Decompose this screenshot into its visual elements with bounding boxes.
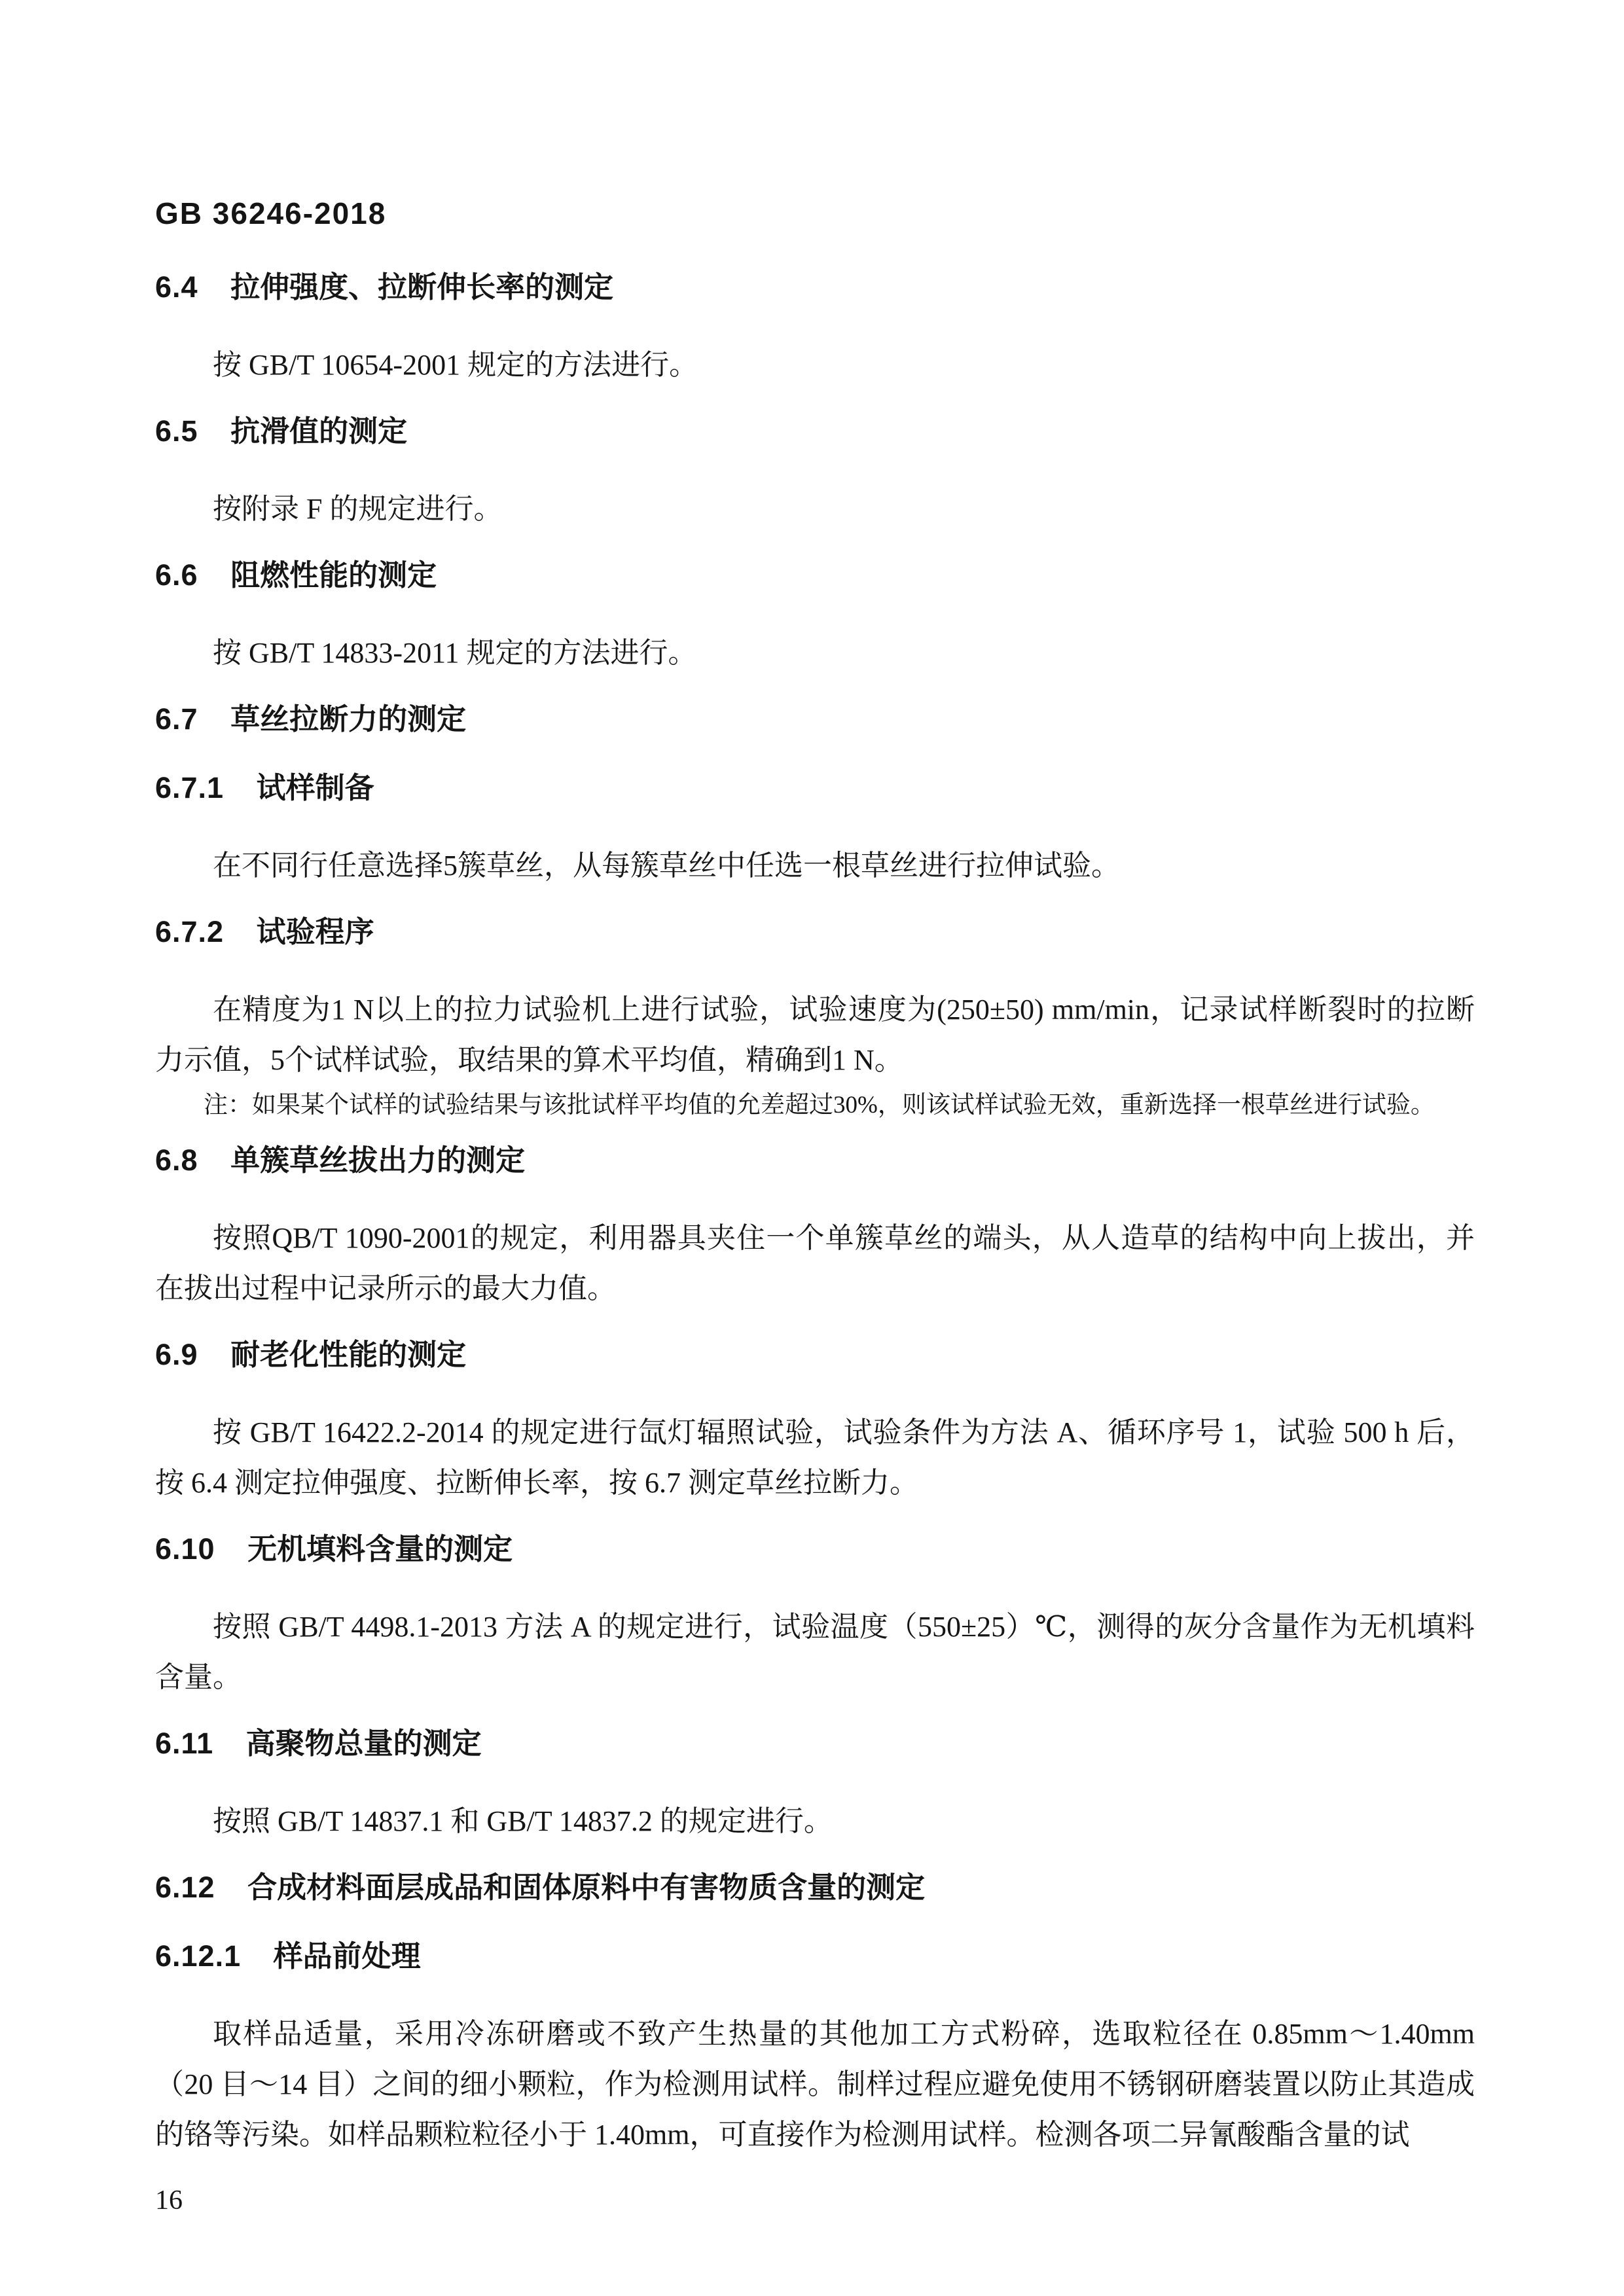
section-heading-6-5: 6.5抗滑值的测定	[155, 415, 1475, 448]
section-heading-6-12: 6.12合成材料面层成品和固体原料中有害物质含量的测定	[155, 1871, 1475, 1904]
paragraph-6-7-2: 在精度为1 N以上的拉力试验机上进行试验，试验速度为(250±50) mm/mi…	[155, 984, 1475, 1085]
note-6-7-2: 注：如果某个试样的试验结果与该批试样平均值的允差超过30%，则该试样试验无效，重…	[155, 1086, 1475, 1124]
section-number: 6.5	[155, 414, 198, 448]
paragraph-6-6: 按 GB/T 14833-2011 规定的方法进行。	[155, 628, 1475, 678]
section-title: 抗滑值的测定	[230, 414, 407, 448]
paragraph-6-5: 按附录 F 的规定进行。	[155, 484, 1475, 534]
section-number: 6.7	[155, 702, 198, 736]
section-number: 6.12	[155, 1871, 215, 1904]
section-heading-6-12-1: 6.12.1样品前处理	[155, 1940, 1475, 1973]
paragraph-6-12-1: 取样品适量，采用冷冻研磨或不致产生热量的其他加工方式粉碎，选取粒径在 0.85m…	[155, 2009, 1475, 2160]
document-body: 6.4拉伸强度、拉断伸长率的测定 按 GB/T 10654-2001 规定的方法…	[155, 271, 1475, 2160]
page-number: 16	[155, 2185, 1475, 2216]
section-heading-6-6: 6.6阻燃性能的测定	[155, 559, 1475, 592]
paragraph-6-4: 按 GB/T 10654-2001 规定的方法进行。	[155, 340, 1475, 390]
section-number: 6.9	[155, 1338, 198, 1371]
document-page: GB 36246-2018 6.4拉伸强度、拉断伸长率的测定 按 GB/T 10…	[0, 0, 1624, 2296]
section-title: 试验程序	[257, 915, 374, 948]
section-title: 阻燃性能的测定	[230, 558, 437, 592]
section-title: 无机填料含量的测定	[247, 1532, 513, 1566]
section-title: 草丝拉断力的测定	[230, 702, 466, 736]
section-number: 6.7.1	[155, 771, 224, 804]
paragraph-6-11: 按照 GB/T 14837.1 和 GB/T 14837.2 的规定进行。	[155, 1796, 1475, 1846]
section-heading-6-7-1: 6.7.1试样制备	[155, 772, 1475, 804]
section-number: 6.6	[155, 558, 198, 592]
section-title: 高聚物总量的测定	[246, 1727, 482, 1760]
paragraph-6-7-1: 在不同行任意选择5簇草丝，从每簇草丝中任选一根草丝进行拉伸试验。	[155, 840, 1475, 891]
section-title: 拉伸强度、拉断伸长率的测定	[230, 270, 613, 304]
paragraph-6-8: 按照QB/T 1090-2001的规定，利用器具夹住一个单簇草丝的端头，从人造草…	[155, 1213, 1475, 1314]
paragraph-6-10: 按照 GB/T 4498.1-2013 方法 A 的规定进行，试验温度（550±…	[155, 1602, 1475, 1702]
section-heading-6-10: 6.10无机填料含量的测定	[155, 1533, 1475, 1566]
section-number: 6.8	[155, 1143, 198, 1177]
section-title: 单簇草丝拔出力的测定	[230, 1143, 525, 1177]
section-heading-6-11: 6.11高聚物总量的测定	[155, 1727, 1475, 1760]
section-title: 耐老化性能的测定	[230, 1338, 466, 1371]
section-heading-6-8: 6.8单簇草丝拔出力的测定	[155, 1144, 1475, 1177]
section-title: 合成材料面层成品和固体原料中有害物质含量的测定	[247, 1871, 925, 1904]
section-heading-6-7: 6.7草丝拉断力的测定	[155, 703, 1475, 736]
section-number: 6.11	[155, 1727, 213, 1760]
section-title: 试样制备	[257, 771, 374, 804]
standard-code-header: GB 36246-2018	[155, 196, 1475, 230]
section-number: 6.7.2	[155, 915, 224, 948]
section-heading-6-4: 6.4拉伸强度、拉断伸长率的测定	[155, 271, 1475, 304]
paragraph-6-9: 按 GB/T 16422.2-2014 的规定进行氙灯辐照试验，试验条件为方法 …	[155, 1407, 1475, 1508]
section-title: 样品前处理	[274, 1939, 421, 1973]
section-number: 6.10	[155, 1532, 215, 1566]
section-number: 6.12.1	[155, 1939, 241, 1973]
section-number: 6.4	[155, 270, 198, 304]
section-heading-6-7-2: 6.7.2试验程序	[155, 916, 1475, 948]
section-heading-6-9: 6.9耐老化性能的测定	[155, 1338, 1475, 1371]
